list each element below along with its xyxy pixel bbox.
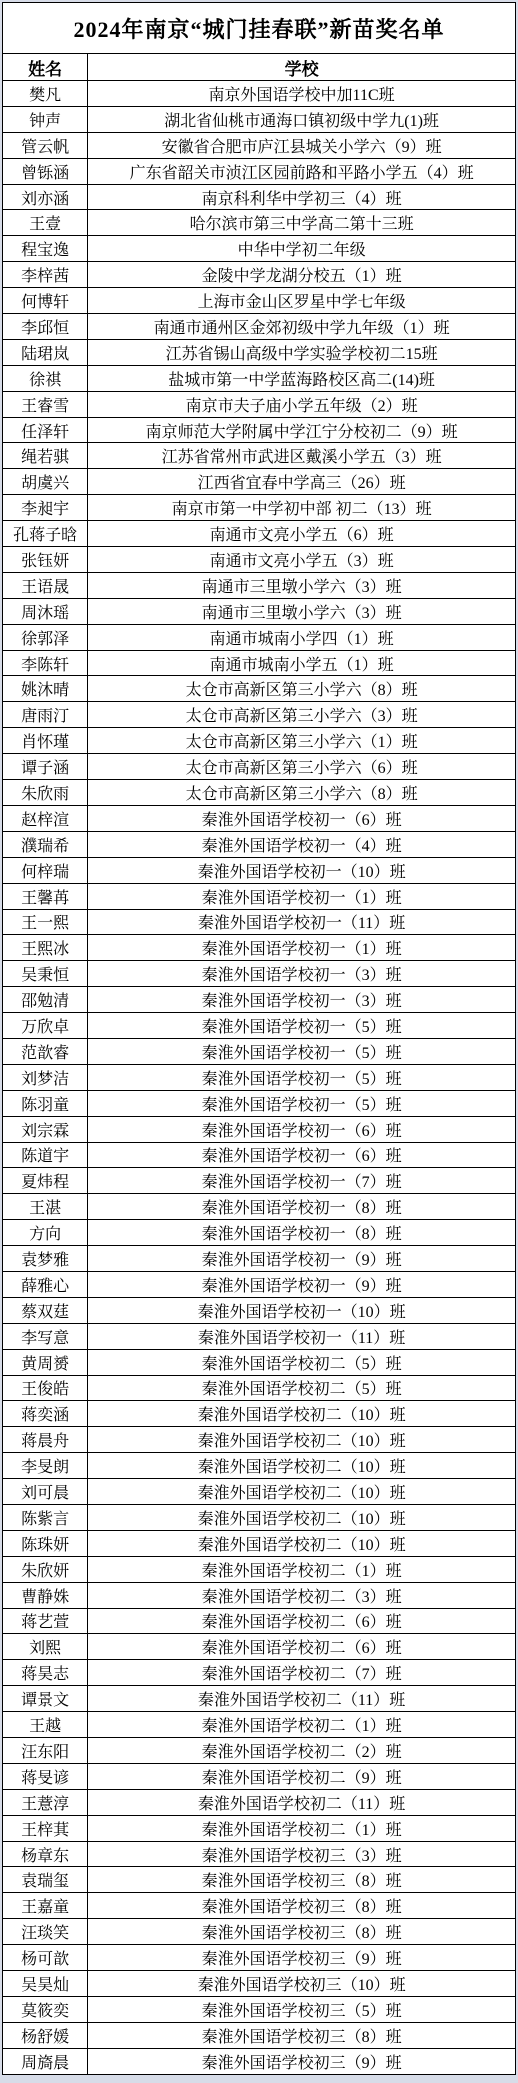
school-cell: 秦淮外国语学校初三（5）班 xyxy=(88,1996,516,2022)
school-cell: 秦淮外国语学校初二（11）班 xyxy=(88,1686,516,1712)
student-name-cell: 李陈轩 xyxy=(3,650,88,676)
school-cell: 南通市文亮小学五（6）班 xyxy=(88,521,516,547)
student-name-cell: 李旻朗 xyxy=(3,1453,88,1479)
school-cell: 秦淮外国语学校初一（5）班 xyxy=(88,1038,516,1064)
table-row: 袁梦雅 秦淮外国语学校初一（9）班 xyxy=(3,1246,516,1272)
table-row: 王语晟 南通市三里墩小学六（3）班 xyxy=(3,572,516,598)
table-row: 何梓瑞 秦淮外国语学校初一（10）班 xyxy=(3,857,516,883)
table-row: 王馨苒 秦淮外国语学校初一（1）班 xyxy=(3,883,516,909)
school-cell: 秦淮外国语学校初二（10）班 xyxy=(88,1453,516,1479)
table-row: 陈道宇 秦淮外国语学校初一（6）班 xyxy=(3,1142,516,1168)
student-name-cell: 万欣卓 xyxy=(3,1013,88,1039)
school-cell: 湖北省仙桃市通海口镇初级中学九(1)班 xyxy=(88,106,516,132)
table-row: 杨舒媛 秦淮外国语学校初三（8）班 xyxy=(3,2022,516,2048)
table-row: 胡虞兴 江西省宜春中学高三（26）班 xyxy=(3,469,516,495)
table-row: 何博轩 上海市金山区罗星中学七年级 xyxy=(3,288,516,314)
school-cell: 秦淮外国语学校初二（6）班 xyxy=(88,1608,516,1634)
student-name-cell: 王越 xyxy=(3,1712,88,1738)
student-name-cell: 刘熙 xyxy=(3,1634,88,1660)
table-row: 陈珠妍 秦淮外国语学校初二（10）班 xyxy=(3,1530,516,1556)
school-cell: 秦淮外国语学校初一（4）班 xyxy=(88,831,516,857)
school-cell: 南通市通州区金郊初级中学九年级（1）班 xyxy=(88,314,516,340)
school-cell: 秦淮外国语学校初一（6）班 xyxy=(88,1116,516,1142)
student-name-cell: 曾铄涵 xyxy=(3,158,88,184)
student-name-cell: 周沐瑶 xyxy=(3,598,88,624)
student-name-cell: 徐郭泽 xyxy=(3,624,88,650)
school-cell: 秦淮外国语学校初二（11）班 xyxy=(88,1789,516,1815)
table-row: 李陈轩 南通市城南小学五（1）班 xyxy=(3,650,516,676)
title-row: 2024年南京“城门挂春联”新苗奖名单 xyxy=(3,3,516,54)
award-table: 2024年南京“城门挂春联”新苗奖名单 姓名 学校 樊凡 南京外国语学校中加11… xyxy=(2,2,516,2075)
school-cell: 秦淮外国语学校初二（1）班 xyxy=(88,1815,516,1841)
table-row: 濮瑞希 秦淮外国语学校初一（4）班 xyxy=(3,831,516,857)
table-row: 姚沐晴 太仓市高新区第三小学六（8）班 xyxy=(3,676,516,702)
student-name-cell: 王馨苒 xyxy=(3,883,88,909)
school-cell: 秦淮外国语学校初一（10）班 xyxy=(88,857,516,883)
school-cell: 秦淮外国语学校初三（9）班 xyxy=(88,1945,516,1971)
student-name-cell: 任泽轩 xyxy=(3,417,88,443)
student-name-cell: 蒋晨舟 xyxy=(3,1427,88,1453)
school-cell: 金陵中学龙湖分校五（1）班 xyxy=(88,262,516,288)
student-name-cell: 胡虞兴 xyxy=(3,469,88,495)
school-cell: 秦淮外国语学校初二（3）班 xyxy=(88,1582,516,1608)
school-cell: 秦淮外国语学校初一（5）班 xyxy=(88,1064,516,1090)
table-row: 王熙冰 秦淮外国语学校初一（1）班 xyxy=(3,935,516,961)
table-row: 吴秉恒 秦淮外国语学校初一（3）班 xyxy=(3,961,516,987)
table-row: 曹静姝 秦淮外国语学校初二（3）班 xyxy=(3,1582,516,1608)
student-name-cell: 杨章东 xyxy=(3,1841,88,1867)
school-cell: 秦淮外国语学校初一（11）班 xyxy=(88,1323,516,1349)
school-cell: 太仓市高新区第三小学六（1）班 xyxy=(88,728,516,754)
student-name-cell: 李写意 xyxy=(3,1323,88,1349)
table-row: 夏炜程 秦淮外国语学校初一（7）班 xyxy=(3,1168,516,1194)
student-name-cell: 徐祺 xyxy=(3,365,88,391)
student-name-cell: 方向 xyxy=(3,1220,88,1246)
table-row: 吴昊灿 秦淮外国语学校初三（10）班 xyxy=(3,1971,516,1997)
student-name-cell: 周旖晨 xyxy=(3,2048,88,2074)
student-name-cell: 蒋昊志 xyxy=(3,1660,88,1686)
table-row: 周沐瑶 南通市三里墩小学六（3）班 xyxy=(3,598,516,624)
school-cell: 安徽省合肥市庐江县城关小学六（9）班 xyxy=(88,132,516,158)
student-name-cell: 孔蒋子晗 xyxy=(3,521,88,547)
student-name-cell: 莫筱奕 xyxy=(3,1996,88,2022)
school-cell: 广东省韶关市浈江区园前路和平路小学五（4）班 xyxy=(88,158,516,184)
school-cell: 秦淮外国语学校初三（10）班 xyxy=(88,1971,516,1997)
student-name-cell: 蔡双莛 xyxy=(3,1297,88,1323)
school-cell: 秦淮外国语学校初一（6）班 xyxy=(88,1142,516,1168)
school-cell: 太仓市高新区第三小学六（8）班 xyxy=(88,676,516,702)
table-row: 朱欣雨 太仓市高新区第三小学六（8）班 xyxy=(3,780,516,806)
school-cell: 秦淮外国语学校初一（5）班 xyxy=(88,1090,516,1116)
table-row: 徐祺 盐城市第一中学蓝海路校区高二(14)班 xyxy=(3,365,516,391)
table-row: 谭景文 秦淮外国语学校初二（11）班 xyxy=(3,1686,516,1712)
student-name-cell: 陈紫言 xyxy=(3,1504,88,1530)
column-header-school: 学校 xyxy=(88,54,516,81)
student-name-cell: 杨舒媛 xyxy=(3,2022,88,2048)
student-name-cell: 陈珠妍 xyxy=(3,1530,88,1556)
school-cell: 盐城市第一中学蓝海路校区高二(14)班 xyxy=(88,365,516,391)
school-cell: 秦淮外国语学校初一（7）班 xyxy=(88,1168,516,1194)
table-row: 朱欣妍 秦淮外国语学校初二（1）班 xyxy=(3,1556,516,1582)
student-name-cell: 姚沐晴 xyxy=(3,676,88,702)
school-cell: 秦淮外国语学校初二（10）班 xyxy=(88,1504,516,1530)
student-name-cell: 陈羽童 xyxy=(3,1090,88,1116)
school-cell: 南京外国语学校中加11C班 xyxy=(88,81,516,107)
student-name-cell: 陈道宇 xyxy=(3,1142,88,1168)
school-cell: 南通市三里墩小学六（3）班 xyxy=(88,572,516,598)
school-cell: 秦淮外国语学校初二（2）班 xyxy=(88,1738,516,1764)
student-name-cell: 蒋奕涵 xyxy=(3,1401,88,1427)
table-body: 2024年南京“城门挂春联”新苗奖名单 姓名 学校 樊凡 南京外国语学校中加11… xyxy=(3,3,516,2075)
student-name-cell: 王熙冰 xyxy=(3,935,88,961)
student-name-cell: 蒋旻谚 xyxy=(3,1763,88,1789)
student-name-cell: 王湛 xyxy=(3,1194,88,1220)
student-name-cell: 袁梦雅 xyxy=(3,1246,88,1272)
student-name-cell: 李邱恒 xyxy=(3,314,88,340)
student-name-cell: 汪琰笑 xyxy=(3,1919,88,1945)
table-row: 李旻朗 秦淮外国语学校初二（10）班 xyxy=(3,1453,516,1479)
student-name-cell: 王睿雪 xyxy=(3,391,88,417)
student-name-cell: 夏炜程 xyxy=(3,1168,88,1194)
school-cell: 秦淮外国语学校初一（9）班 xyxy=(88,1271,516,1297)
student-name-cell: 刘梦洁 xyxy=(3,1064,88,1090)
table-row: 王睿雪 南京市夫子庙小学五年级（2）班 xyxy=(3,391,516,417)
student-name-cell: 王壹 xyxy=(3,210,88,236)
student-name-cell: 吴昊灿 xyxy=(3,1971,88,1997)
school-cell: 秦淮外国语学校初三（8）班 xyxy=(88,2022,516,2048)
table-row: 王薏淳 秦淮外国语学校初二（11）班 xyxy=(3,1789,516,1815)
table-row: 袁瑞玺 秦淮外国语学校初三（8）班 xyxy=(3,1867,516,1893)
school-cell: 秦淮外国语学校初一（8）班 xyxy=(88,1220,516,1246)
student-name-cell: 肖怀瑾 xyxy=(3,728,88,754)
student-name-cell: 范歆睿 xyxy=(3,1038,88,1064)
table-row: 徐郭泽 南通市城南小学四（1）班 xyxy=(3,624,516,650)
school-cell: 哈尔滨市第三中学高二第十三班 xyxy=(88,210,516,236)
table-row: 蒋晨舟 秦淮外国语学校初二（10）班 xyxy=(3,1427,516,1453)
school-cell: 秦淮外国语学校初一（5）班 xyxy=(88,1013,516,1039)
school-cell: 秦淮外国语学校初三（3）班 xyxy=(88,1841,516,1867)
school-cell: 秦淮外国语学校初一（10）班 xyxy=(88,1297,516,1323)
table-row: 刘亦涵 南京科利华中学初三（4）班 xyxy=(3,184,516,210)
school-cell: 秦淮外国语学校初一（1）班 xyxy=(88,883,516,909)
table-row: 王湛 秦淮外国语学校初一（8）班 xyxy=(3,1194,516,1220)
school-cell: 秦淮外国语学校初三（8）班 xyxy=(88,1919,516,1945)
table-row: 管云帆 安徽省合肥市庐江县城关小学六（9）班 xyxy=(3,132,516,158)
school-cell: 秦淮外国语学校初三（8）班 xyxy=(88,1893,516,1919)
table-row: 万欣卓 秦淮外国语学校初一（5）班 xyxy=(3,1013,516,1039)
document-sheet: 2024年南京“城门挂春联”新苗奖名单 姓名 学校 樊凡 南京外国语学校中加11… xyxy=(2,2,516,2075)
table-row: 刘熙 秦淮外国语学校初二（6）班 xyxy=(3,1634,516,1660)
school-cell: 江苏省锡山高级中学实验学校初二15班 xyxy=(88,339,516,365)
table-row: 陈羽童 秦淮外国语学校初一（5）班 xyxy=(3,1090,516,1116)
table-row: 王嘉童 秦淮外国语学校初三（8）班 xyxy=(3,1893,516,1919)
student-name-cell: 汪东阳 xyxy=(3,1738,88,1764)
student-name-cell: 朱欣妍 xyxy=(3,1556,88,1582)
school-cell: 秦淮外国语学校初一（9）班 xyxy=(88,1246,516,1272)
school-cell: 南京师范大学附属中学江宁分校初二（9）班 xyxy=(88,417,516,443)
student-name-cell: 程宝逸 xyxy=(3,236,88,262)
student-name-cell: 绳若骐 xyxy=(3,443,88,469)
school-cell: 南通市城南小学四（1）班 xyxy=(88,624,516,650)
table-row: 黄周赟 秦淮外国语学校初二（5）班 xyxy=(3,1349,516,1375)
school-cell: 秦淮外国语学校初一（3）班 xyxy=(88,987,516,1013)
table-row: 程宝逸 中华中学初二年级 xyxy=(3,236,516,262)
student-name-cell: 钟声 xyxy=(3,106,88,132)
table-row: 王壹 哈尔滨市第三中学高二第十三班 xyxy=(3,210,516,236)
header-row: 姓名 学校 xyxy=(3,54,516,81)
table-row: 王一熙 秦淮外国语学校初一（11）班 xyxy=(3,909,516,935)
table-row: 李昶宇 南京市第一中学初中部 初二（13）班 xyxy=(3,495,516,521)
school-cell: 秦淮外国语学校初三（9）班 xyxy=(88,2048,516,2074)
table-row: 方向 秦淮外国语学校初一（8）班 xyxy=(3,1220,516,1246)
table-row: 周旖晨 秦淮外国语学校初三（9）班 xyxy=(3,2048,516,2074)
table-row: 邵勉清 秦淮外国语学校初一（3）班 xyxy=(3,987,516,1013)
student-name-cell: 刘亦涵 xyxy=(3,184,88,210)
student-name-cell: 濮瑞希 xyxy=(3,831,88,857)
student-name-cell: 何博轩 xyxy=(3,288,88,314)
school-cell: 秦淮外国语学校初二（10）班 xyxy=(88,1530,516,1556)
table-row: 王俊皓 秦淮外国语学校初二（5）班 xyxy=(3,1375,516,1401)
school-cell: 秦淮外国语学校初一（3）班 xyxy=(88,961,516,987)
student-name-cell: 王俊皓 xyxy=(3,1375,88,1401)
school-cell: 秦淮外国语学校初二（10）班 xyxy=(88,1427,516,1453)
table-row: 刘宗霖 秦淮外国语学校初一（6）班 xyxy=(3,1116,516,1142)
table-row: 蒋昊志 秦淮外国语学校初二（7）班 xyxy=(3,1660,516,1686)
student-name-cell: 吴秉恒 xyxy=(3,961,88,987)
school-cell: 秦淮外国语学校初二（1）班 xyxy=(88,1712,516,1738)
table-row: 孔蒋子晗 南通市文亮小学五（6）班 xyxy=(3,521,516,547)
table-row: 蒋奕涵 秦淮外国语学校初二（10）班 xyxy=(3,1401,516,1427)
table-row: 杨可歆 秦淮外国语学校初三（9）班 xyxy=(3,1945,516,1971)
student-name-cell: 袁瑞玺 xyxy=(3,1867,88,1893)
school-cell: 太仓市高新区第三小学六（8）班 xyxy=(88,780,516,806)
table-row: 谭子涵 太仓市高新区第三小学六（6）班 xyxy=(3,754,516,780)
table-row: 王越 秦淮外国语学校初二（1）班 xyxy=(3,1712,516,1738)
student-name-cell: 王薏淳 xyxy=(3,1789,88,1815)
school-cell: 秦淮外国语学校初一（11）班 xyxy=(88,909,516,935)
school-cell: 太仓市高新区第三小学六（6）班 xyxy=(88,754,516,780)
table-row: 唐雨汀 太仓市高新区第三小学六（3）班 xyxy=(3,702,516,728)
student-name-cell: 张钰妍 xyxy=(3,547,88,573)
school-cell: 江苏省常州市武进区戴溪小学五（3）班 xyxy=(88,443,516,469)
school-cell: 南通市三里墩小学六（3）班 xyxy=(88,598,516,624)
student-name-cell: 杨可歆 xyxy=(3,1945,88,1971)
school-cell: 南京市第一中学初中部 初二（13）班 xyxy=(88,495,516,521)
table-row: 曾铄涵 广东省韶关市浈江区园前路和平路小学五（4）班 xyxy=(3,158,516,184)
student-name-cell: 樊凡 xyxy=(3,81,88,107)
table-row: 蒋艺萱 秦淮外国语学校初二（6）班 xyxy=(3,1608,516,1634)
table-row: 蒋旻谚 秦淮外国语学校初二（9）班 xyxy=(3,1763,516,1789)
table-row: 范歆睿 秦淮外国语学校初一（5）班 xyxy=(3,1038,516,1064)
school-cell: 南京市夫子庙小学五年级（2）班 xyxy=(88,391,516,417)
table-row: 陈紫言 秦淮外国语学校初二（10）班 xyxy=(3,1504,516,1530)
table-row: 杨章东 秦淮外国语学校初三（3）班 xyxy=(3,1841,516,1867)
page-title: 2024年南京“城门挂春联”新苗奖名单 xyxy=(3,3,516,54)
table-row: 汪东阳 秦淮外国语学校初二（2）班 xyxy=(3,1738,516,1764)
student-name-cell: 谭子涵 xyxy=(3,754,88,780)
school-cell: 秦淮外国语学校初二（1）班 xyxy=(88,1556,516,1582)
school-cell: 南通市城南小学五（1）班 xyxy=(88,650,516,676)
table-row: 樊凡 南京外国语学校中加11C班 xyxy=(3,81,516,107)
student-name-cell: 刘宗霖 xyxy=(3,1116,88,1142)
student-name-cell: 王嘉童 xyxy=(3,1893,88,1919)
table-row: 汪琰笑 秦淮外国语学校初三（8）班 xyxy=(3,1919,516,1945)
school-cell: 上海市金山区罗星中学七年级 xyxy=(88,288,516,314)
table-row: 蔡双莛 秦淮外国语学校初一（10）班 xyxy=(3,1297,516,1323)
column-header-name: 姓名 xyxy=(3,54,88,81)
table-row: 绳若骐 江苏省常州市武进区戴溪小学五（3）班 xyxy=(3,443,516,469)
school-cell: 南京科利华中学初三（4）班 xyxy=(88,184,516,210)
table-row: 刘梦洁 秦淮外国语学校初一（5）班 xyxy=(3,1064,516,1090)
table-row: 张钰妍 南通市文亮小学五（3）班 xyxy=(3,547,516,573)
student-name-cell: 谭景文 xyxy=(3,1686,88,1712)
student-name-cell: 邵勉清 xyxy=(3,987,88,1013)
table-row: 王梓萁 秦淮外国语学校初二（1）班 xyxy=(3,1815,516,1841)
school-cell: 秦淮外国语学校初二（10）班 xyxy=(88,1401,516,1427)
student-name-cell: 李梓茜 xyxy=(3,262,88,288)
student-name-cell: 朱欣雨 xyxy=(3,780,88,806)
table-row: 钟声 湖北省仙桃市通海口镇初级中学九(1)班 xyxy=(3,106,516,132)
student-name-cell: 李昶宇 xyxy=(3,495,88,521)
student-name-cell: 何梓瑞 xyxy=(3,857,88,883)
table-row: 莫筱奕 秦淮外国语学校初三（5）班 xyxy=(3,1996,516,2022)
school-cell: 秦淮外国语学校初二（10）班 xyxy=(88,1479,516,1505)
table-row: 刘可晨 秦淮外国语学校初二（10）班 xyxy=(3,1479,516,1505)
table-row: 赵梓渲 秦淮外国语学校初一（6）班 xyxy=(3,805,516,831)
school-cell: 秦淮外国语学校初二（6）班 xyxy=(88,1634,516,1660)
school-cell: 秦淮外国语学校初二（5）班 xyxy=(88,1349,516,1375)
student-name-cell: 曹静姝 xyxy=(3,1582,88,1608)
student-name-cell: 王一熙 xyxy=(3,909,88,935)
school-cell: 南通市文亮小学五（3）班 xyxy=(88,547,516,573)
table-row: 肖怀瑾 太仓市高新区第三小学六（1）班 xyxy=(3,728,516,754)
student-name-cell: 管云帆 xyxy=(3,132,88,158)
student-name-cell: 黄周赟 xyxy=(3,1349,88,1375)
table-row: 李邱恒 南通市通州区金郊初级中学九年级（1）班 xyxy=(3,314,516,340)
school-cell: 秦淮外国语学校初二（5）班 xyxy=(88,1375,516,1401)
student-name-cell: 王梓萁 xyxy=(3,1815,88,1841)
student-name-cell: 王语晟 xyxy=(3,572,88,598)
student-name-cell: 蒋艺萱 xyxy=(3,1608,88,1634)
school-cell: 江西省宜春中学高三（26）班 xyxy=(88,469,516,495)
student-name-cell: 刘可晨 xyxy=(3,1479,88,1505)
table-row: 李梓茜 金陵中学龙湖分校五（1）班 xyxy=(3,262,516,288)
table-row: 薛雅心 秦淮外国语学校初一（9）班 xyxy=(3,1271,516,1297)
table-row: 李写意 秦淮外国语学校初一（11）班 xyxy=(3,1323,516,1349)
school-cell: 秦淮外国语学校初三（8）班 xyxy=(88,1867,516,1893)
school-cell: 中华中学初二年级 xyxy=(88,236,516,262)
table-row: 陆珺岚 江苏省锡山高级中学实验学校初二15班 xyxy=(3,339,516,365)
school-cell: 太仓市高新区第三小学六（3）班 xyxy=(88,702,516,728)
school-cell: 秦淮外国语学校初二（9）班 xyxy=(88,1763,516,1789)
student-name-cell: 赵梓渲 xyxy=(3,805,88,831)
student-name-cell: 陆珺岚 xyxy=(3,339,88,365)
table-row: 任泽轩 南京师范大学附属中学江宁分校初二（9）班 xyxy=(3,417,516,443)
school-cell: 秦淮外国语学校初二（7）班 xyxy=(88,1660,516,1686)
student-name-cell: 唐雨汀 xyxy=(3,702,88,728)
school-cell: 秦淮外国语学校初一（1）班 xyxy=(88,935,516,961)
school-cell: 秦淮外国语学校初一（6）班 xyxy=(88,805,516,831)
student-name-cell: 薛雅心 xyxy=(3,1271,88,1297)
school-cell: 秦淮外国语学校初一（8）班 xyxy=(88,1194,516,1220)
